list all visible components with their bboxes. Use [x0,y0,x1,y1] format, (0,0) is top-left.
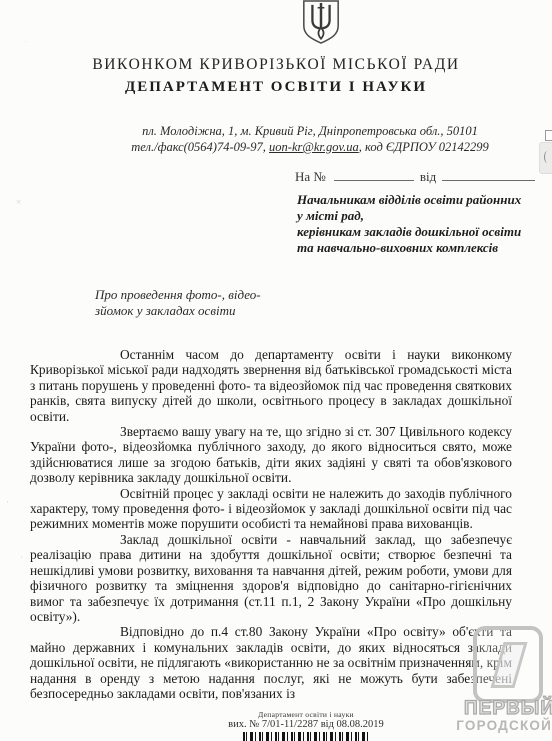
addressee-block: Начальникам відділів освіти районних у м… [297,192,542,256]
subject-line: Про проведення фото-, відео- [95,287,325,303]
letter-subject: Про проведення фото-, відео- зйомок у за… [95,287,325,319]
scanned-letter-page: ВИКОНКОМ КРИВОРІЗЬКОЇ МІСЬКОЇ РАДИ ДЕПАР… [0,0,552,741]
body-paragraph: Відповідно до п.4 ст.80 Закону України «… [30,624,512,701]
registration-stamp: Департамент освіти і науки вих. № 7/01-1… [176,711,436,741]
addressee-line: у місті рад, [297,208,542,224]
addressee-line: Начальникам відділів освіти районних [297,192,542,208]
channel-logo-icon [473,626,543,703]
body-paragraph: Звертаємо вашу увагу на те, що згідно зі… [30,424,512,486]
address-line: пл. Молодіжна, 1, м. Кривий Ріг, Дніпроп… [70,124,550,139]
reference-date-label: від [420,169,436,184]
scan-artifact: × [16,198,21,207]
letter-body: Останнім часом до департаменту освіти і … [30,347,512,701]
subject-line: зйомок у закладах освіти [95,303,325,319]
organization-name: ВИКОНКОМ КРИВОРІЗЬКОЇ МІСЬКОЇ РАДИ [0,56,552,74]
edrpou-code: , код ЄДРПОУ 02142299 [359,140,489,154]
cropped-edge-glyph [544,151,551,163]
body-paragraph: Освітній процес у закладі освіти не нале… [30,486,512,532]
barcode [243,732,369,741]
stamp-organization: Департамент освіти і науки [176,711,436,719]
scan-artifact: · [6,498,9,507]
watermark-text-pervyi: ПЕРВЫЙ [464,699,552,718]
contact-line: тел./факс(0564)74-09-97, uon-kr@kr.gov.u… [70,140,550,155]
body-paragraph: Заклад дошкільної освіти - навчальний за… [30,532,512,624]
body-paragraph: Останнім часом до департаменту освіти і … [30,347,512,424]
addressee-line: керівникам закладів дошкільної освіти [297,224,542,240]
ukraine-trident-emblem [300,0,342,46]
scan-artifact: · [20,553,23,562]
phone-fax: тел./факс(0564)74-09-97, [131,140,269,154]
reference-line: На №від [295,169,535,185]
channel-logo-glyph [490,642,527,688]
cropped-edge-box [545,130,552,141]
email-address: uon-kr@kr.gov.ua [269,140,359,154]
addressee-line: та навчально-виховних комплексів [297,240,542,256]
reference-number-label: На № [295,169,326,184]
cropped-edge-button [539,142,552,174]
stamp-outgoing-number: вих. № 7/01-11/2287 від 08.08.2019 [176,719,436,731]
reference-number-blank [334,169,414,181]
department-name: ДЕПАРТАМЕНТ ОСВІТИ І НАУКИ [0,79,552,96]
watermark-text-gorodskoi: ГОРОДСКОЙ [456,719,552,733]
reference-date-blank [442,169,535,181]
scan-artifact: · [24,38,27,47]
